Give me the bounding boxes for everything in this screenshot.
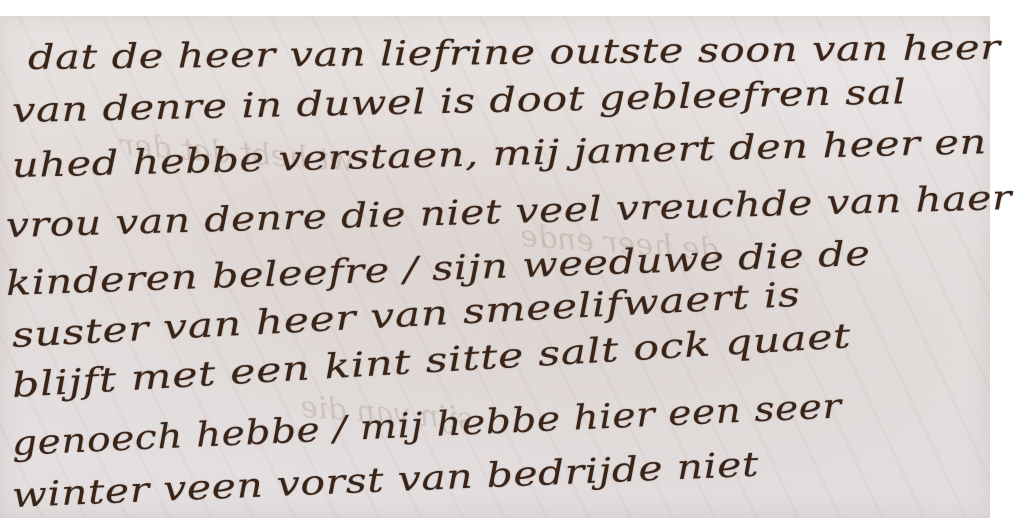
manuscript-page: wt hebt dat der de heer ende sijn van di… bbox=[0, 16, 990, 518]
manuscript-line-3: uhed hebbe verstaen, mij jamert den heer… bbox=[12, 122, 988, 186]
manuscript-line-1: dat de heer van liefrine outste soon van… bbox=[28, 28, 1001, 78]
manuscript-line-2: van denre in duwel is doot gebleefren sa… bbox=[12, 72, 907, 131]
